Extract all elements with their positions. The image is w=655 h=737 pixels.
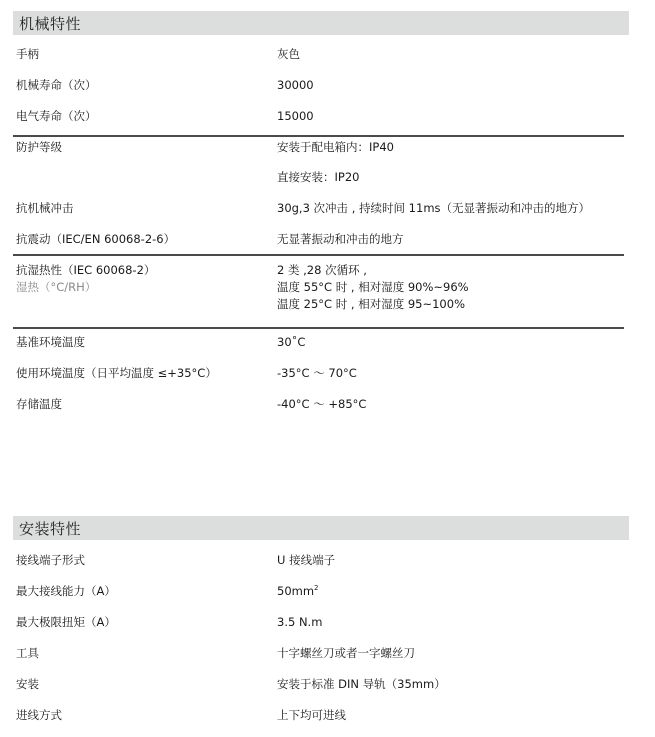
mechanical-section: 机械特性 (13, 11, 629, 35)
spec-value: -35°C ～ 70°C (277, 365, 629, 396)
spec-row-vibration-resistance: 抗震动（IEC/EN 60068-2-6） 无显著振动和冲击的地方 (13, 231, 629, 254)
spec-label: 接线端子形式 (13, 552, 277, 583)
spec-label: 抗湿热性（IEC 60068-2） (16, 262, 277, 279)
spec-row-damp-heat: 抗湿热性（IEC 60068-2） 湿热（°C/RH） 2 类 ,28 次循环 … (13, 262, 629, 327)
spec-row-reference-temp: 基准环境温度 30˚C (13, 334, 629, 365)
spec-label: 最大接线能力（A） (13, 583, 277, 614)
spec-label: 工具 (13, 645, 277, 676)
divider (13, 327, 624, 329)
spec-row-wiring-direction: 进线方式 上下均可进线 (13, 707, 629, 737)
spec-value: 30g,3 次冲击 , 持续时间 11ms（无显著振动和冲击的地方） (277, 200, 629, 231)
spec-value: 十字螺丝刀或者一字螺丝刀 (277, 645, 629, 676)
spec-label: 存储温度 (13, 396, 277, 427)
section-title: 机械特性 (19, 13, 81, 34)
spec-row-max-torque: 最大极限扭矩（A） 3.5 N.m (13, 614, 629, 645)
spec-label-block: 抗湿热性（IEC 60068-2） 湿热（°C/RH） (13, 262, 277, 327)
spec-label: 电气寿命（次） (13, 108, 277, 135)
divider (13, 254, 624, 256)
spec-value: 灰色 (277, 46, 629, 77)
spec-value-line: 温度 55°C 时 , 相对湿度 90%~96% (277, 279, 629, 296)
spec-value: 3.5 N.m (277, 614, 629, 645)
spec-sub-label: 湿热（°C/RH） (16, 279, 277, 296)
spec-group-protection: 防护等级 安装于配电箱内：IP40 直接安装：IP20 抗机械冲击 30g,3 … (13, 139, 629, 256)
spec-label: 机械寿命（次） (13, 77, 277, 108)
spec-row-max-wiring-capacity: 最大接线能力（A） 50mm2 (13, 583, 629, 614)
spec-row-protection-direct: 直接安装：IP20 (13, 169, 629, 200)
spec-value-line: 2 类 ,28 次循环 , (277, 262, 629, 279)
spec-row-electrical-life: 电气寿命（次） 15000 (13, 108, 629, 135)
spec-value: 30˚C (277, 334, 629, 365)
spec-value: U 接线端子 (277, 552, 629, 583)
spec-group-basic: 手柄 灰色 机械寿命（次） 30000 电气寿命（次） 15000 (13, 46, 629, 137)
spec-group-installation: 接线端子形式 U 接线端子 最大接线能力（A） 50mm2 最大极限扭矩（A） … (13, 552, 629, 737)
spec-row-shock-resistance: 抗机械冲击 30g,3 次冲击 , 持续时间 11ms（无显著振动和冲击的地方） (13, 200, 629, 231)
spec-value: 上下均可进线 (277, 707, 629, 737)
spec-row-handle: 手柄 灰色 (13, 46, 629, 77)
spec-label (13, 169, 277, 200)
spec-row-protection-class: 防护等级 安装于配电箱内：IP40 (13, 139, 629, 169)
spec-value: 直接安装：IP20 (277, 169, 629, 200)
superscript: 2 (314, 584, 318, 592)
spec-value-line: 温度 25°C 时 , 相对湿度 95~100% (277, 296, 629, 313)
section-title: 安装特性 (19, 518, 81, 539)
spec-label: 防护等级 (13, 139, 277, 169)
spec-value-block: 50mm2 (277, 583, 629, 614)
spec-row-terminal-type: 接线端子形式 U 接线端子 (13, 552, 629, 583)
spec-row-operating-temp: 使用环境温度（日平均温度 ≤+35°C） -35°C ～ 70°C (13, 365, 629, 396)
spec-label: 基准环境温度 (13, 334, 277, 365)
spec-group-damp-heat: 抗湿热性（IEC 60068-2） 湿热（°C/RH） 2 类 ,28 次循环 … (13, 262, 629, 329)
spec-label: 手柄 (13, 46, 277, 77)
spec-value-block: 2 类 ,28 次循环 , 温度 55°C 时 , 相对湿度 90%~96% 温… (277, 262, 629, 327)
spec-value: 安装于配电箱内：IP40 (277, 139, 629, 169)
spec-row-storage-temp: 存储温度 -40°C ～ +85°C (13, 396, 629, 427)
section-header-mechanical: 机械特性 (13, 11, 629, 35)
spec-row-mechanical-life: 机械寿命（次） 30000 (13, 77, 629, 108)
spec-label: 最大极限扭矩（A） (13, 614, 277, 645)
installation-section: 安装特性 (13, 516, 629, 540)
spec-label: 进线方式 (13, 707, 277, 737)
spec-label: 安装 (13, 676, 277, 707)
spec-value: 50mm (277, 584, 314, 598)
spec-label: 抗机械冲击 (13, 200, 277, 231)
spec-value: 无显著振动和冲击的地方 (277, 231, 629, 254)
spec-row-tool: 工具 十字螺丝刀或者一字螺丝刀 (13, 645, 629, 676)
spec-value: 安装于标准 DIN 导轨（35mm） (277, 676, 629, 707)
section-header-installation: 安装特性 (13, 516, 629, 540)
spec-row-mounting: 安装 安装于标准 DIN 导轨（35mm） (13, 676, 629, 707)
spec-group-temperature: 基准环境温度 30˚C 使用环境温度（日平均温度 ≤+35°C） -35°C ～… (13, 334, 629, 427)
divider (13, 135, 624, 137)
spec-label: 使用环境温度（日平均温度 ≤+35°C） (13, 365, 277, 396)
spec-value: 15000 (277, 108, 629, 135)
spec-value: -40°C ～ +85°C (277, 396, 629, 427)
spec-value: 30000 (277, 77, 629, 108)
spec-label: 抗震动（IEC/EN 60068-2-6） (13, 231, 277, 254)
